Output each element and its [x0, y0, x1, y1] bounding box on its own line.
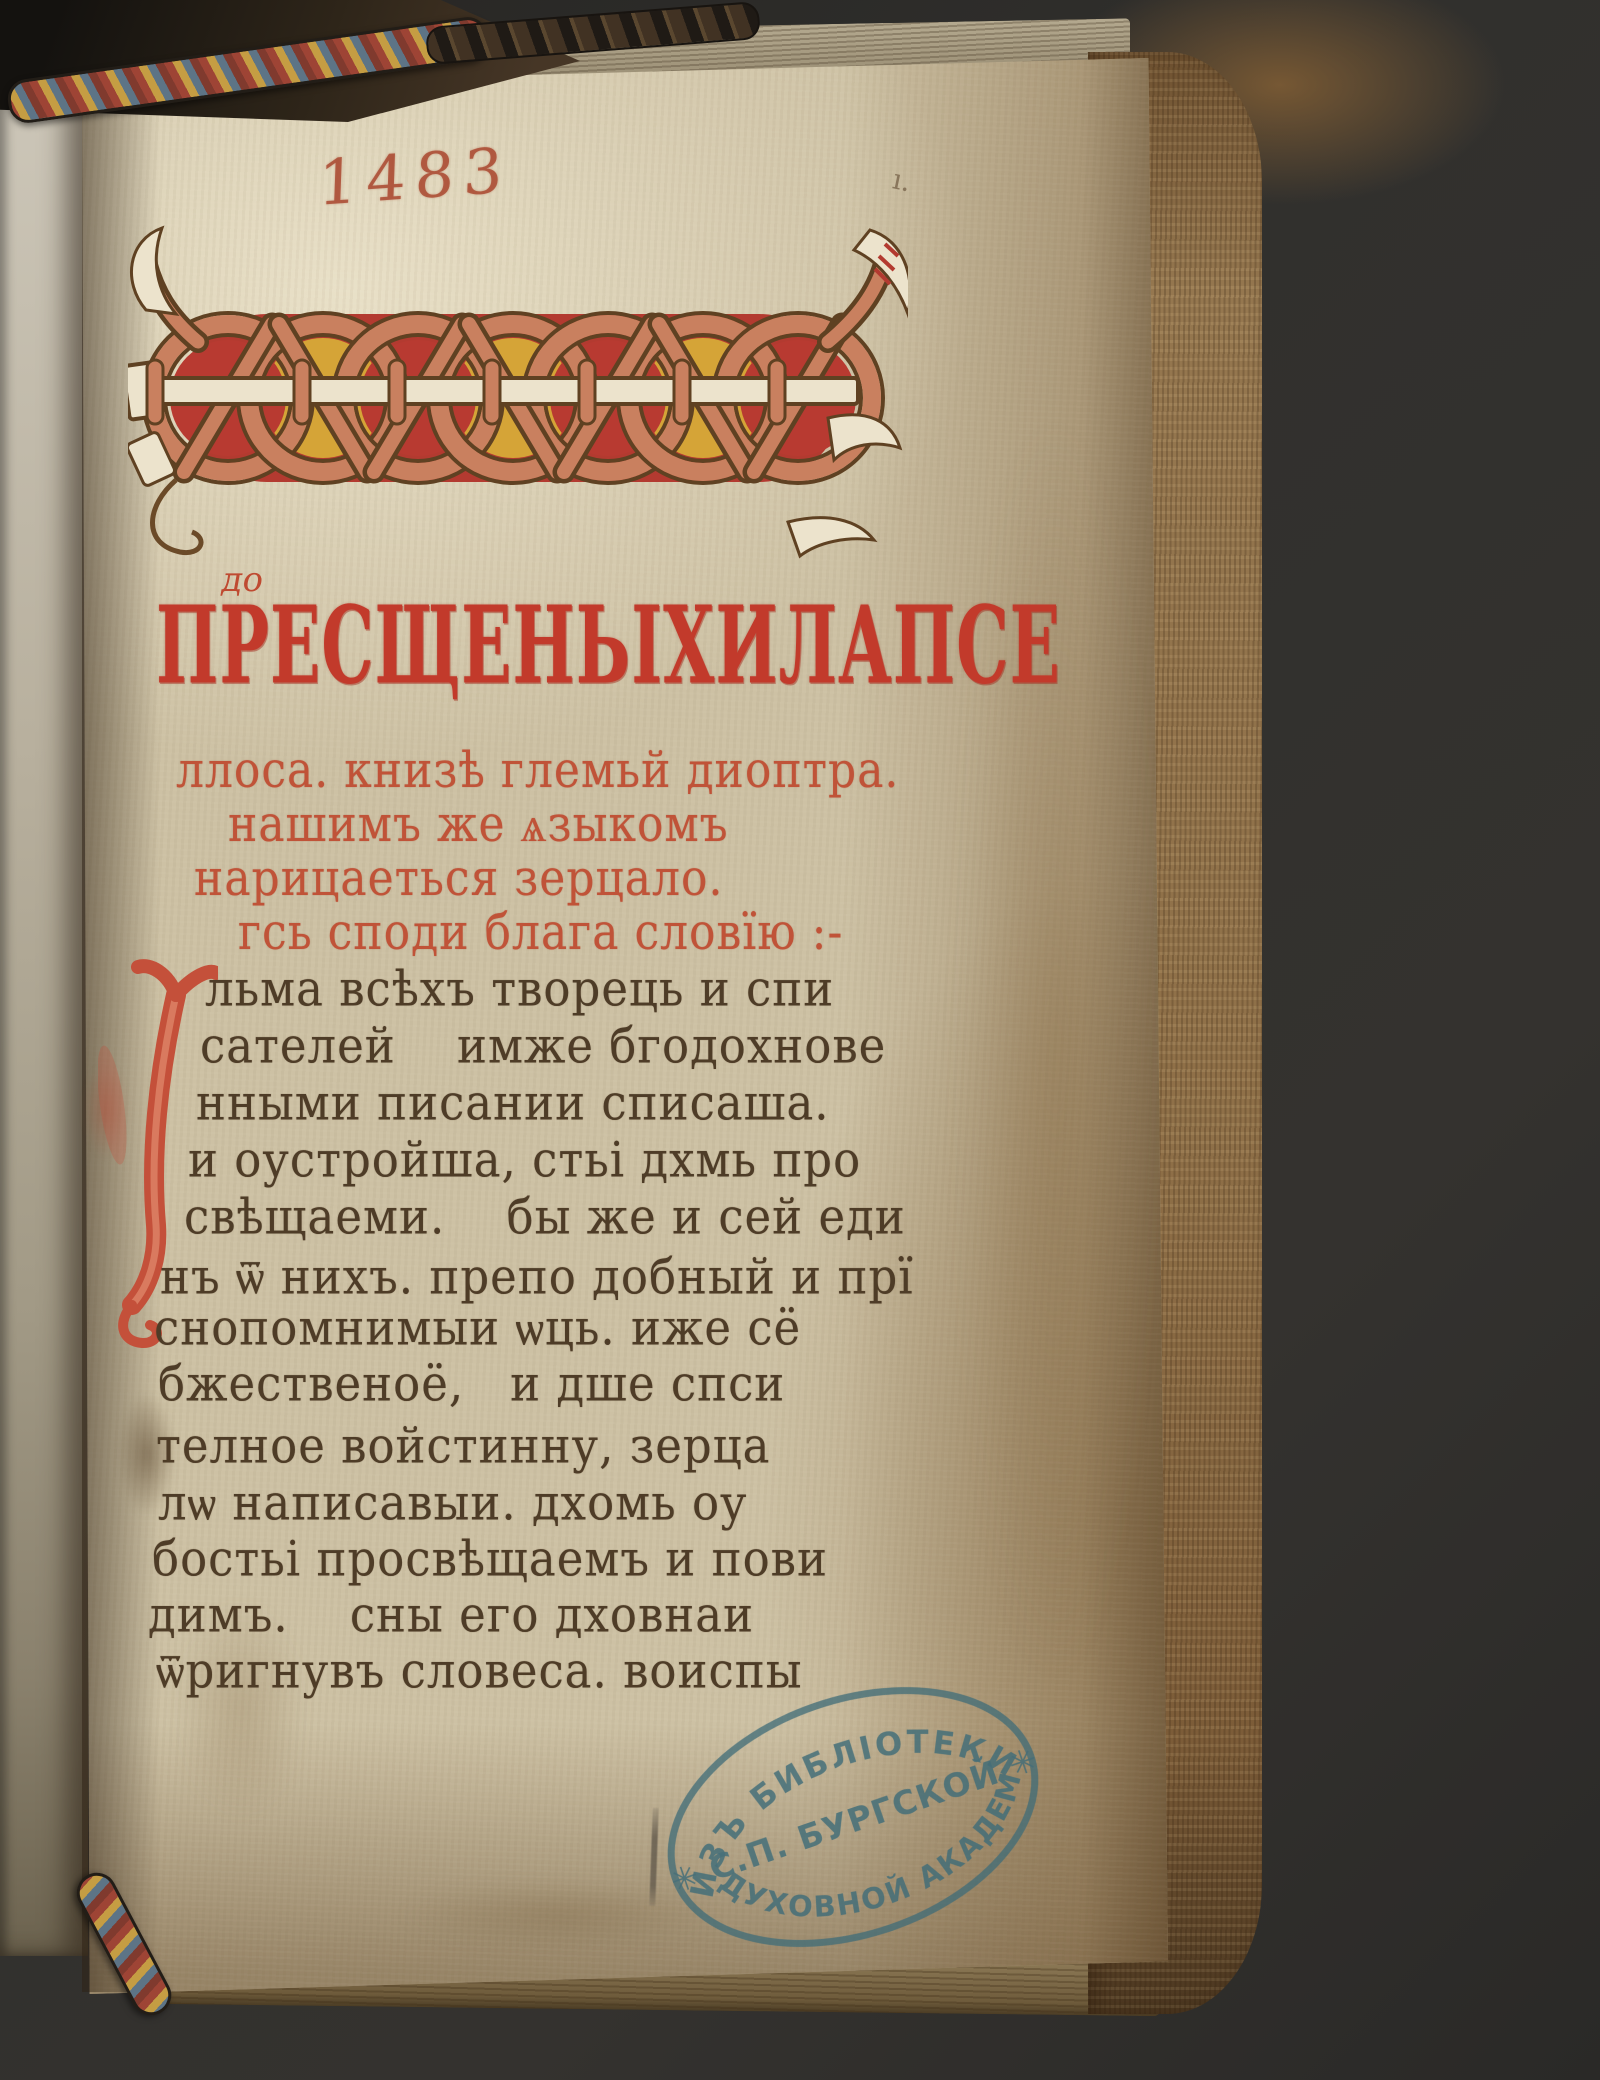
page-content: 1483 ı. [0, 0, 1600, 2080]
headpiece-ornament [128, 222, 908, 572]
body-line: бостьі просвѣщаемъ и пови [152, 1530, 828, 1587]
rubric-line: ллоса. книзѣ глемьй диоптра. [176, 742, 899, 799]
body-line: бжественоё, и дше спси [158, 1355, 785, 1412]
rubric-line: нарицаеться зерцало. [194, 850, 723, 907]
body-line: сателей имже бгодохнове [200, 1017, 886, 1074]
body-line: димъ. сны его дховнаи [148, 1586, 754, 1643]
body-line: и оустройша, стьі дхмь про [188, 1131, 861, 1188]
folio-mark: ı. [890, 163, 914, 199]
body-line: нъ ѿ нихъ. препо добный и прї [160, 1248, 914, 1305]
body-line: свѣщаеми. бы же и сей еди [184, 1188, 906, 1245]
body-line: нными писании списаша. [196, 1074, 830, 1131]
body-line: снопомнимыи ѡць. иже сё [154, 1299, 801, 1356]
date-inscription: 1483 [317, 133, 513, 220]
rubric-line: гсь споди блага словїю :- [238, 904, 843, 961]
manuscript-photo: 1483 ı. [0, 0, 1600, 2080]
body-line: ѿригнувъ словеса. воиспы [156, 1642, 803, 1699]
title-vyaz-line: ПРЕСЩЕНЬІХИЛАПСЕ [156, 582, 1061, 708]
rubric-line: нашимъ же ѧзыкомъ [228, 796, 729, 853]
body-line: льма всѣхъ творець и спи [205, 960, 834, 1017]
body-line: телное войстинну, зерца [156, 1417, 770, 1474]
body-line: лѡ написавыи. дхомь оу [158, 1474, 748, 1531]
